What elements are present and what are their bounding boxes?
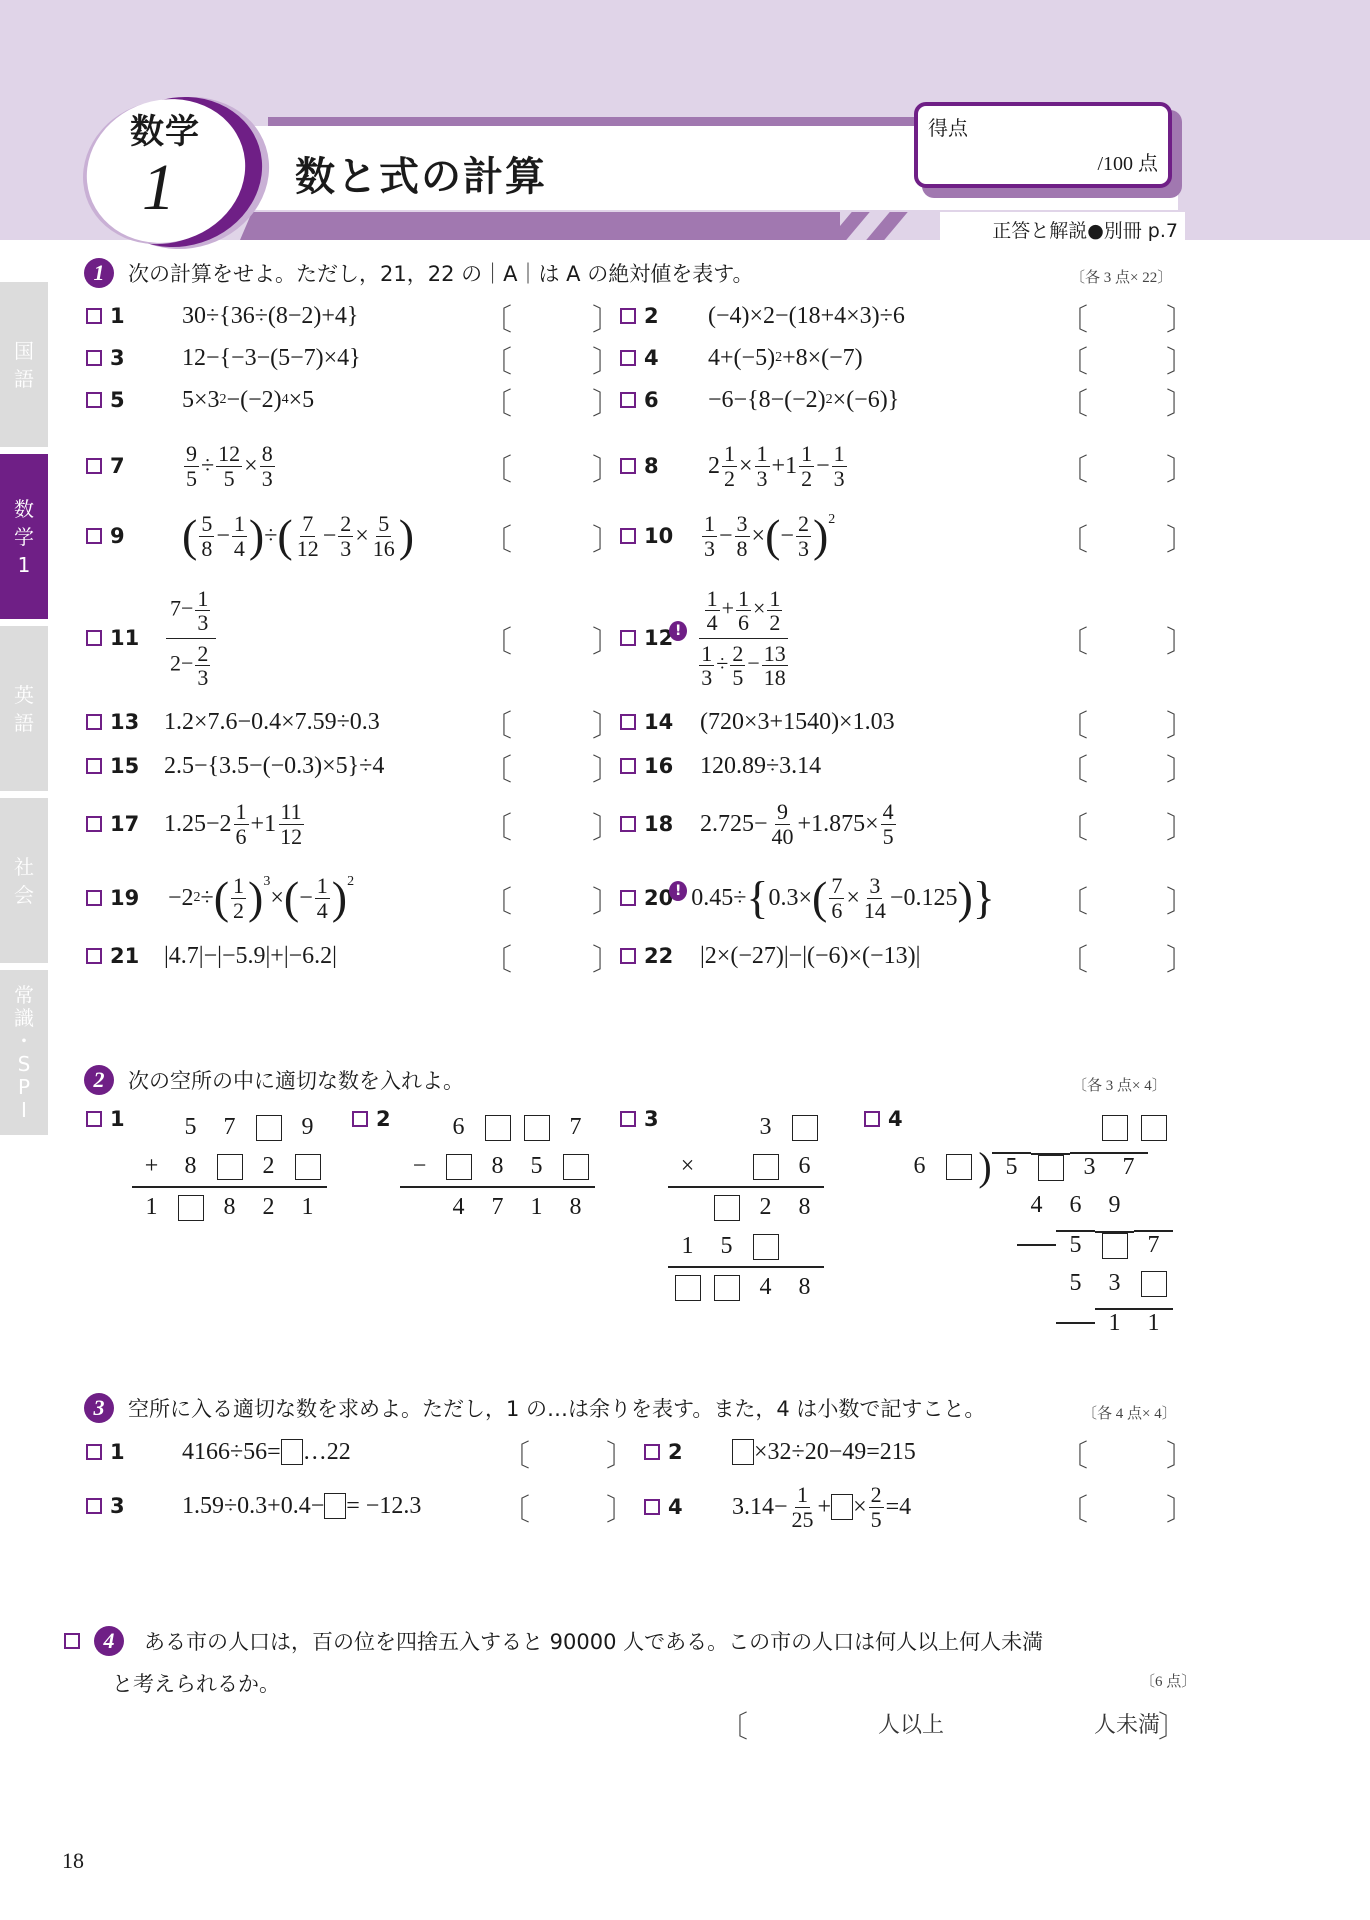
- checkbox-icon[interactable]: [620, 948, 636, 964]
- answer-field[interactable]: [496, 620, 588, 654]
- answer-bracket-close: 〕: [592, 803, 622, 847]
- complex-fraction: 14+16×12 13÷25−1318: [695, 587, 792, 688]
- answer-field[interactable]: [1072, 298, 1162, 332]
- digit-cell: 7: [1109, 1152, 1148, 1181]
- section-2-instruction: 次の空所の中に適切な数を入れよ。: [128, 1065, 464, 1095]
- addition-problem: 579+821821: [132, 1108, 327, 1227]
- calc-row: 6)537: [900, 1147, 1173, 1186]
- answer-field[interactable]: [1072, 748, 1162, 782]
- fraction: 125: [216, 442, 242, 489]
- digit-cell: 6: [1056, 1192, 1095, 1219]
- section-3-points: 〔各 4 点× 4〕: [1082, 1402, 1177, 1423]
- question-1-1: 1 30÷{36÷(8−2)+4}: [86, 296, 358, 336]
- checkbox-icon[interactable]: [620, 758, 636, 774]
- question-expression: 14+16×12 13÷25−1318: [693, 587, 794, 688]
- digit-cell: 8: [785, 1194, 824, 1221]
- question-number: 4: [668, 1495, 702, 1519]
- question-expression: 1.59÷0.3+0.4−= −12.3: [182, 1493, 421, 1520]
- checkbox-icon[interactable]: [352, 1111, 368, 1127]
- section-1-instruction: 次の計算をせよ。ただし，21，22 の｜A｜は A の絶対値を表す。: [128, 258, 754, 288]
- checkbox-icon[interactable]: [86, 1444, 102, 1460]
- answer-unit-max: 人未満: [1094, 1708, 1160, 1739]
- blank-box[interactable]: [675, 1275, 701, 1301]
- tab-char: 学: [14, 523, 34, 551]
- answer-bracket-close: 〕: [592, 337, 622, 381]
- blank-box: [281, 1439, 303, 1465]
- digit-cell: ): [978, 1143, 992, 1190]
- checkbox-icon[interactable]: [86, 458, 102, 474]
- digit-cell: 5: [707, 1233, 746, 1260]
- calc-row: [900, 1108, 1173, 1147]
- question-3-1: 1 4166÷56=…22: [86, 1432, 351, 1472]
- blank-box[interactable]: [946, 1154, 972, 1180]
- checkbox-icon[interactable]: [86, 1498, 102, 1514]
- question-number: 3: [110, 1494, 144, 1518]
- blank-box[interactable]: [178, 1195, 204, 1221]
- question-expression: 212×13+112−13: [708, 442, 849, 489]
- digit-cell: 6: [785, 1153, 824, 1180]
- checkbox-icon[interactable]: [86, 758, 102, 774]
- alert-icon: !: [669, 881, 687, 901]
- exponent: 2: [826, 392, 833, 408]
- digit-cell: 8: [210, 1194, 249, 1221]
- fraction: 12: [722, 442, 737, 489]
- digit-cell: 9: [1095, 1192, 1134, 1219]
- blank-box[interactable]: [714, 1195, 740, 1221]
- answer-field[interactable]: [496, 518, 588, 552]
- tab-char: 常: [14, 984, 34, 1007]
- calc-row: +82: [132, 1147, 327, 1186]
- answer-bracket-close: 〕: [592, 617, 622, 661]
- question-number: 6: [644, 388, 678, 412]
- tab-social[interactable]: 社 会: [0, 798, 48, 963]
- answer-bracket-close: 〕: [1166, 701, 1196, 745]
- digit-cell: 7: [478, 1194, 517, 1221]
- blank-box[interactable]: [753, 1154, 779, 1180]
- blank-box[interactable]: [563, 1154, 589, 1180]
- answer-bracket-close: 〕: [1166, 1485, 1196, 1529]
- checkbox-icon[interactable]: [620, 392, 636, 408]
- blank-cell: [746, 1234, 785, 1260]
- checkbox-icon[interactable]: [86, 714, 102, 730]
- exponent: 2: [775, 350, 782, 366]
- section-2-points: 〔各 3 点× 4〕: [1072, 1074, 1167, 1095]
- checkbox-icon[interactable]: [620, 816, 636, 832]
- calc-row: 11: [900, 1303, 1173, 1342]
- checkbox-icon[interactable]: [86, 630, 102, 646]
- answer-bracket-close: 〕: [592, 877, 622, 921]
- checkbox-icon[interactable]: [86, 1111, 102, 1127]
- calc-row: 469: [900, 1186, 1173, 1225]
- digit-cell: 1: [288, 1194, 327, 1221]
- digit-cell: 4: [1017, 1192, 1056, 1219]
- checkbox-icon[interactable]: [86, 890, 102, 906]
- digit-cell: 8: [785, 1274, 824, 1301]
- calc-row: 28: [668, 1186, 824, 1227]
- calc-row: 53: [900, 1264, 1173, 1303]
- checkbox-icon[interactable]: [620, 350, 636, 366]
- checkbox-icon[interactable]: [86, 392, 102, 408]
- section-1-heading: 1 次の計算をせよ。ただし，21，22 の｜A｜は A の絶対値を表す。: [84, 258, 754, 288]
- answer-field[interactable]: [496, 806, 588, 840]
- question-expression: (58−14)÷(712−23×516): [182, 512, 414, 559]
- blank-box: [732, 1439, 754, 1465]
- question-1-5: 5 5×32−(−2)4×5: [86, 380, 314, 420]
- tab-math-1[interactable]: 数 学 1: [0, 454, 48, 619]
- question-1-12: 12 ! 14+16×12 13÷25−1318: [620, 580, 794, 696]
- tab-char: 語: [14, 709, 34, 737]
- question-expression: 12−{−3−(5−7)×4}: [182, 345, 361, 372]
- blank-cell: [478, 1115, 517, 1141]
- question-expression: 0.45÷{0.3×(76×314−0.125)}: [691, 874, 995, 921]
- question-expression: 95÷125×83: [182, 442, 277, 489]
- answer-field[interactable]: [1072, 704, 1162, 738]
- answer-field[interactable]: [496, 748, 588, 782]
- tab-char: S: [18, 1053, 31, 1076]
- answer-bracket-close: 〕: [1166, 617, 1196, 661]
- question-1-16: 16 120.89÷3.14: [620, 746, 821, 786]
- answer-bracket-close: 〕: [1166, 1431, 1196, 1475]
- question-1-15: 15 2.5−{3.5−(−0.3)×5}÷4: [86, 746, 384, 786]
- section-number-icon: 2: [84, 1065, 114, 1095]
- title-bar-bottom: [240, 212, 840, 240]
- checkbox-icon[interactable]: [620, 458, 636, 474]
- checkbox-icon[interactable]: [620, 528, 636, 544]
- question-expression: 1.25−216+11112: [164, 800, 306, 847]
- blank-cell: [668, 1275, 707, 1301]
- section-2-heading: 2 次の空所の中に適切な数を入れよ。: [84, 1065, 464, 1095]
- page-title: 数と式の計算: [295, 145, 547, 202]
- checkbox-icon[interactable]: [86, 816, 102, 832]
- expr-part: ×(−6)}: [833, 387, 900, 414]
- answer-field[interactable]: [1072, 1488, 1162, 1522]
- answer-bracket-close: 〕: [1166, 515, 1196, 559]
- tab-char: 数: [14, 495, 34, 523]
- answer-field[interactable]: [1072, 880, 1162, 914]
- answer-field[interactable]: [496, 938, 588, 972]
- blank-cell: [1095, 1231, 1134, 1259]
- answer-bracket-close: 〕: [1166, 337, 1196, 381]
- digit-cell: 8: [171, 1153, 210, 1180]
- tab-char: 国: [14, 337, 34, 365]
- exponent: 2: [220, 392, 227, 408]
- checkbox-icon[interactable]: [644, 1499, 660, 1515]
- tab-char: 1: [18, 551, 31, 579]
- blank-cell: [707, 1275, 746, 1301]
- exponent: 4: [282, 392, 289, 408]
- long-division-problem: 6)537469575311: [900, 1108, 1173, 1342]
- blank-cell: [707, 1195, 746, 1221]
- question-1-21: 21 |4.7|−|−5.9|+|−6.2|: [86, 936, 337, 976]
- answer-field[interactable]: [514, 1434, 602, 1468]
- answer-field[interactable]: [496, 880, 588, 914]
- question-expression: 5×32−(−2)4×5: [182, 387, 314, 414]
- question-expression: 2.5−{3.5−(−0.3)×5}÷4: [164, 753, 384, 780]
- question-expression: ×32÷20−49=215: [732, 1439, 916, 1466]
- digit-cell: 6: [439, 1114, 478, 1141]
- score-total: /100 点: [1097, 147, 1158, 176]
- calc-row: 48: [668, 1266, 824, 1307]
- subject-label: 数学: [130, 104, 200, 153]
- calc-row: 4718: [400, 1186, 595, 1227]
- alert-icon: !: [669, 621, 687, 641]
- tab-char: 語: [14, 365, 34, 393]
- question-1-22: 22 |2×(−27)|−|(−6)×(−13)|: [620, 936, 920, 976]
- blank-box[interactable]: [217, 1154, 243, 1180]
- question-number: 14: [644, 710, 678, 734]
- digit-cell: −: [400, 1153, 439, 1180]
- answer-bracket-close: 〕: [592, 379, 622, 423]
- tab-char: P: [18, 1076, 30, 1099]
- tab-char: 識: [14, 1007, 34, 1030]
- digit-cell: 5: [1056, 1270, 1095, 1297]
- question-number: 2: [668, 1440, 702, 1464]
- question-number: 22: [644, 944, 678, 968]
- page-number: 18: [62, 1848, 84, 1874]
- calc-row: ×6: [668, 1147, 824, 1186]
- digit-cell: 6: [900, 1153, 939, 1180]
- blank-box[interactable]: [1102, 1115, 1128, 1141]
- question-1-4: 4 4+(−5)2+8×(−7): [620, 338, 863, 378]
- tab-char: 社: [14, 853, 34, 881]
- calc-row: 67: [400, 1108, 595, 1147]
- blank-cell: [249, 1115, 288, 1141]
- answer-bracket-close: 〕: [592, 701, 622, 745]
- title-bar-top: [268, 117, 948, 126]
- blank-box[interactable]: [256, 1115, 282, 1141]
- checkbox-icon[interactable]: [620, 714, 636, 730]
- blank-cell: [288, 1154, 327, 1180]
- question-number: 2: [644, 304, 678, 328]
- question-3-3: 3 1.59÷0.3+0.4−= −12.3: [86, 1486, 421, 1526]
- answer-field[interactable]: [1072, 340, 1162, 374]
- answer-field[interactable]: [1072, 518, 1162, 552]
- answer-field[interactable]: [514, 1488, 602, 1522]
- answer-field[interactable]: [496, 340, 588, 374]
- question-number: 11: [110, 626, 144, 650]
- digit-cell: 3: [746, 1114, 785, 1141]
- section-number-icon: 3: [84, 1393, 114, 1423]
- question-number: 15: [110, 754, 144, 778]
- answer-field[interactable]: [496, 448, 588, 482]
- checkbox-icon[interactable]: [86, 350, 102, 366]
- answer-field[interactable]: [496, 382, 588, 416]
- question-expression: 4166÷56=…22: [182, 1439, 351, 1466]
- answer-bracket-close: 〕: [592, 295, 622, 339]
- answer-bracket-close: 〕: [1166, 745, 1196, 789]
- blank-cell: [1095, 1115, 1134, 1141]
- calc-row: 57: [900, 1225, 1173, 1264]
- answer-field[interactable]: [1072, 620, 1162, 654]
- answer-bracket-close: 〕: [1166, 877, 1196, 921]
- blank-cell: [1134, 1271, 1173, 1297]
- blank-box[interactable]: [792, 1115, 818, 1141]
- blank-box[interactable]: [753, 1234, 779, 1260]
- question-expression: 4+(−5)2+8×(−7): [708, 345, 863, 372]
- section-3-instruction: 空所に入る適切な数を求めよ。ただし，1 の…は余りを表す。また，4 は小数で記す…: [128, 1393, 985, 1423]
- answer-bracket-close: 〕: [592, 745, 622, 789]
- digit-cell: 4: [746, 1274, 785, 1301]
- tab-japanese[interactable]: 国 語: [0, 282, 48, 447]
- expr-part: ×5: [289, 387, 315, 414]
- question-number: 16: [644, 754, 678, 778]
- tab-english[interactable]: 英 語: [0, 626, 48, 791]
- section-number-icon: 1: [84, 258, 114, 288]
- answer-field[interactable]: [496, 298, 588, 332]
- digit-cell: 5: [1056, 1230, 1095, 1259]
- digit-cell: 5: [517, 1153, 556, 1180]
- blank-cell: [746, 1154, 785, 1180]
- answer-field[interactable]: [1072, 448, 1162, 482]
- answer-field[interactable]: [496, 704, 588, 738]
- digit-cell: 8: [556, 1194, 595, 1221]
- blank-box[interactable]: [714, 1275, 740, 1301]
- fraction: 95: [184, 442, 199, 489]
- checkbox-icon[interactable]: [86, 308, 102, 324]
- section-3-heading: 3 空所に入る適切な数を求めよ。ただし，1 の…は余りを表す。また，4 は小数で…: [84, 1393, 985, 1423]
- expr-part: −6−{8−(−2): [708, 387, 826, 414]
- blank-cell: [939, 1154, 978, 1180]
- blank-box[interactable]: [1102, 1233, 1128, 1259]
- question-1-20: 20 ! 0.45÷{0.3×(76×314−0.125)}: [620, 866, 995, 930]
- section-4-points: 〔6 点〕: [1140, 1670, 1196, 1691]
- question-number: 4: [644, 346, 678, 370]
- tab-char: ・: [14, 1030, 34, 1053]
- expr-part: −(−2): [227, 387, 282, 414]
- blank-box[interactable]: [485, 1115, 511, 1141]
- digit-cell: 1: [1095, 1308, 1134, 1337]
- blank-box[interactable]: [295, 1154, 321, 1180]
- digit-cell: 2: [249, 1153, 288, 1180]
- question-3-4: 4 3.14−125+×25=4: [644, 1478, 911, 1536]
- digit-cell: 1: [668, 1233, 707, 1260]
- question-expression: 3.14−125+×25=4: [732, 1483, 911, 1530]
- digit-cell: 1: [517, 1194, 556, 1221]
- calc-row: −85: [400, 1147, 595, 1186]
- answer-unit-min: 人以上: [878, 1708, 944, 1739]
- section-number-icon: 4: [94, 1626, 124, 1656]
- answer-field[interactable]: [1072, 382, 1162, 416]
- checkbox-icon[interactable]: [64, 1633, 80, 1649]
- blank-cell: [439, 1154, 478, 1180]
- blank-box[interactable]: [1141, 1271, 1167, 1297]
- score-label: 得点: [928, 112, 968, 141]
- question-expression: −6−{8−(−2)2×(−6)}: [708, 387, 899, 414]
- blank-cell: [785, 1115, 824, 1141]
- digit-cell: 7: [1134, 1230, 1173, 1259]
- calc-row: 579: [132, 1108, 327, 1147]
- blank-box[interactable]: [524, 1115, 550, 1141]
- answer-field[interactable]: [1072, 1434, 1162, 1468]
- question-number: 1: [110, 1440, 144, 1464]
- question-expression: (720×3+1540)×1.03: [700, 709, 895, 736]
- tab-char: 英: [14, 681, 34, 709]
- calc-row: 3: [668, 1108, 824, 1147]
- digit-cell: 4: [439, 1194, 478, 1221]
- blank-cell: [210, 1154, 249, 1180]
- answer-bracket-close: 〕: [1158, 1702, 1188, 1746]
- blank-cell: [556, 1154, 595, 1180]
- answer-bracket-close: 〕: [1166, 295, 1196, 339]
- question-expression: 30÷{36÷(8−2)+4}: [182, 303, 358, 330]
- section-4-heading: 4 ある市の人口は，百の位を四捨五入すると 90000 人である。この市の人口は…: [64, 1626, 1043, 1656]
- digit-cell: +: [132, 1153, 171, 1180]
- question-1-18: 18 2.725−940+1.875×45: [620, 794, 898, 854]
- question-1-7: 7 95÷125×83: [86, 436, 277, 496]
- answer-bracket-close: 〕: [1166, 935, 1196, 979]
- question-expression: 7−13 2−23: [164, 587, 218, 688]
- answer-reference: 正答と解説●別冊 p.7: [992, 216, 1178, 243]
- unit-number: 1: [142, 150, 175, 226]
- answer-bracket-close: 〕: [1166, 379, 1196, 423]
- checkbox-icon[interactable]: [86, 948, 102, 964]
- fraction: 13: [755, 442, 770, 489]
- checkbox-icon[interactable]: [864, 1111, 880, 1127]
- checkbox-icon[interactable]: [644, 1444, 660, 1460]
- tab-char: I: [21, 1099, 27, 1122]
- digit-cell: 7: [210, 1114, 249, 1141]
- complex-fraction: 7−13 2−23: [166, 587, 216, 688]
- question-1-9: 9 (58−14)÷(712−23×516): [86, 504, 414, 568]
- question-number: 13: [110, 710, 144, 734]
- section-4-question-cont: と考えられるか。: [112, 1668, 280, 1698]
- expr-part: 5×3: [182, 387, 220, 414]
- question-1-13: 13 1.2×7.6−0.4×7.59÷0.3: [86, 702, 380, 742]
- blank-box: [831, 1494, 853, 1520]
- digit-cell: 7: [556, 1114, 595, 1141]
- checkbox-icon[interactable]: [620, 308, 636, 324]
- question-expression: (−4)×2−(18+4×3)÷6: [708, 303, 905, 330]
- blank-cell: [1134, 1115, 1173, 1141]
- question-1-2: 2 (−4)×2−(18+4×3)÷6: [620, 296, 905, 336]
- answer-bracket-close: 〕: [1166, 445, 1196, 489]
- question-number: 9: [110, 524, 144, 548]
- blank-box: [324, 1493, 346, 1519]
- question-1-6: 6 −6−{8−(−2)2×(−6)}: [620, 380, 899, 420]
- answer-field[interactable]: [1072, 806, 1162, 840]
- score-box[interactable]: 得点 /100 点: [914, 102, 1172, 188]
- section-1-points: 〔各 3 点× 22〕: [1070, 266, 1172, 287]
- multiplication-problem: 3×6281548: [668, 1108, 824, 1307]
- digit-cell: 1: [1134, 1308, 1173, 1337]
- answer-field[interactable]: [1072, 938, 1162, 972]
- question-1-17: 17 1.25−216+11112: [86, 794, 306, 854]
- question-expression: 1.2×7.6−0.4×7.59÷0.3: [164, 709, 380, 736]
- blank-box[interactable]: [1141, 1115, 1167, 1141]
- question-expression: −22÷(12)3×(−14)2: [168, 874, 354, 921]
- blank-box[interactable]: [1038, 1155, 1064, 1181]
- question-number: 3: [110, 346, 144, 370]
- answer-bracket-close: 〕: [606, 1431, 636, 1475]
- fraction: 83: [260, 442, 275, 489]
- tab-char: 会: [14, 881, 34, 909]
- answer-bracket-close: 〕: [1166, 803, 1196, 847]
- checkbox-icon[interactable]: [620, 630, 636, 646]
- question-1-19: 19 −22÷(12)3×(−14)2: [86, 866, 354, 930]
- digit-cell: [1056, 1322, 1095, 1324]
- subtraction-problem: 67−854718: [400, 1108, 595, 1227]
- answer-bracket-close: 〕: [606, 1485, 636, 1529]
- blank-box[interactable]: [446, 1154, 472, 1180]
- checkbox-icon[interactable]: [86, 528, 102, 544]
- section-4-question: ある市の人口は，百の位を四捨五入すると 90000 人である。この市の人口は何人…: [144, 1626, 1043, 1656]
- answer-bracket-close: 〕: [592, 935, 622, 979]
- checkbox-icon[interactable]: [620, 1111, 636, 1127]
- calc-row: 15: [668, 1227, 824, 1266]
- checkbox-icon[interactable]: [620, 890, 636, 906]
- tab-common-spi[interactable]: 常 識 ・ S P I: [0, 970, 48, 1135]
- question-number: 18: [644, 812, 678, 836]
